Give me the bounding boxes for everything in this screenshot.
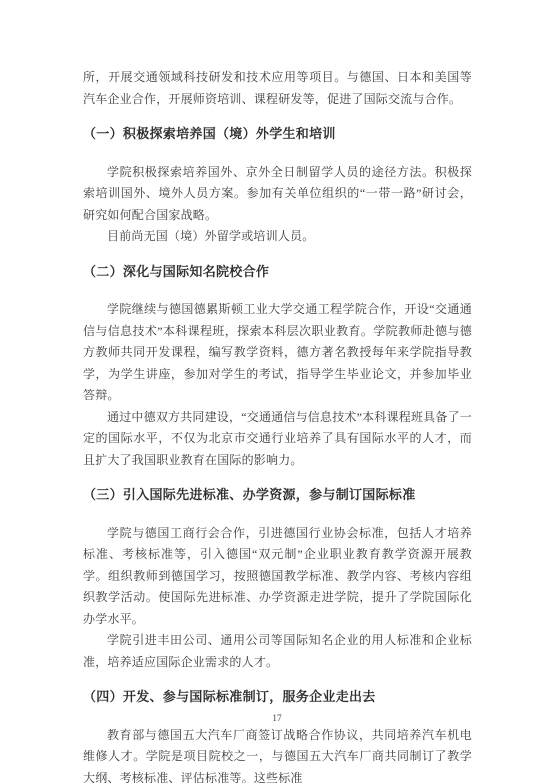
page-body: 所，开展交通领域科技研发和技术应用等项目。与德国、日本和美国等汽车企业合作，开展… xyxy=(83,67,472,783)
section-heading-1: （一）积极探索培养国（境）外学生和培训 xyxy=(83,123,472,145)
page-number: 17 xyxy=(0,714,554,724)
paragraph: 学院继续与德国德累斯顿工业大学交通工程学院合作，开设“交通通信与信息技术”本科课… xyxy=(83,299,472,407)
paragraph: 学院引进丰田公司、通用公司等国际知名企业的用人标准和企业标准，培养适应国际企业需… xyxy=(83,630,472,673)
section-heading-2: （二）深化与国际知名院校合作 xyxy=(83,261,472,283)
paragraph: 学院积极探索培养国外、京外全日制留学人员的途径方法。积极探索培训国外、境外人员方… xyxy=(83,162,472,227)
document-page: 所，开展交通领域科技研发和技术应用等项目。与德国、日本和美国等汽车企业合作，开展… xyxy=(0,0,554,783)
section-heading-3: （三）引入国际先进标准、办学资源，参与制订国际标准 xyxy=(83,484,472,506)
paragraph: 目前尚无国（境）外留学或培训人员。 xyxy=(83,226,472,248)
paragraph: 教育部与德国五大汽车厂商签订战略合作协议，共同培养汽车机电维修人才。学院是项目院… xyxy=(83,725,472,783)
section-heading-4: （四）开发、参与国际标准制订，服务企业走出去 xyxy=(83,686,472,708)
paragraph: 学院与德国工商行会合作，引进德国行业协会标准，包括人才培养标准、考核标准等，引入… xyxy=(83,523,472,631)
paragraph-continuation: 所，开展交通领域科技研发和技术应用等项目。与德国、日本和美国等汽车企业合作，开展… xyxy=(83,67,472,110)
paragraph: 通过中德双方共同建设，“交通通信与信息技术”本科课程班具备了一定的国际水平，不仅… xyxy=(83,407,472,472)
